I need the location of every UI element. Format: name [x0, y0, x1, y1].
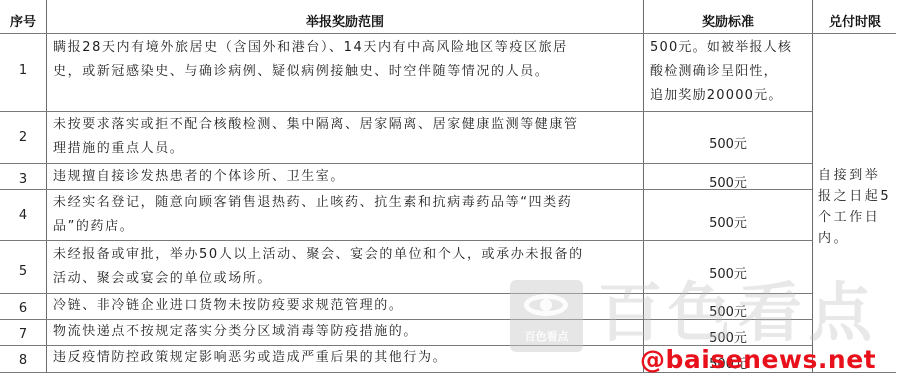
- eye-pupil-icon: [540, 299, 552, 311]
- row-line-4: [0, 240, 812, 241]
- header-award: 奖励标准: [644, 14, 812, 32]
- row-award: 500元。如被举报人核 酸检测确诊呈阳性， 追加奖励20000元。: [650, 36, 808, 108]
- scope-line: 理措施的重点人员。: [53, 137, 641, 161]
- row-index: 4: [0, 208, 46, 223]
- scope-line: 史，或新冠感染史、与确诊病例、疑似病例接触史、时空伴随等情况的人员。: [53, 60, 641, 84]
- row-scope: 违规擅自接诊发热患者的个体诊所、卫生室。: [53, 165, 641, 189]
- row-index: 3: [0, 172, 46, 187]
- watermark-logo: 百色看点: [510, 280, 583, 352]
- row-line-1: [0, 111, 812, 112]
- deadline-line: 内。: [818, 228, 896, 249]
- watermark-logo-label: 百色看点: [510, 328, 583, 344]
- scope-line: 未经实名登记，随意向顾客销售退热药、止咳药、抗生素和抗病毒药品等“四类药: [53, 191, 641, 215]
- watermark-big-text: 百色看点: [598, 276, 878, 352]
- award-line: 500元。如被举报人核: [650, 36, 808, 60]
- scope-line: 品”的药店。: [53, 215, 641, 239]
- scope-line: 未按要求落实或拒不配合核酸检测、集中隔离、居家隔离、居家健康监测等健康管: [53, 113, 641, 137]
- row-scope: 瞒报28天内有境外旅居史（含国外和港台）、14天内有中高风险地区等疫区旅居 史，…: [53, 36, 641, 84]
- watermark-site-text: @baisenews.net: [640, 346, 876, 374]
- award-line: 追加奖励20000元。: [650, 84, 808, 108]
- row-award: 500元: [644, 133, 812, 152]
- award-line: 酸检测确诊呈阳性，: [650, 60, 808, 84]
- scope-line: 瞒报28天内有境外旅居史（含国外和港台）、14天内有中高风险地区等疫区旅居: [53, 36, 641, 60]
- header-deadline: 兑付时限: [813, 14, 897, 32]
- header-bottom-line: [0, 33, 896, 34]
- row-index: 7: [0, 327, 46, 342]
- row-index: 2: [0, 130, 46, 145]
- row-award: 500元: [644, 212, 812, 231]
- row-index: 1: [0, 63, 46, 78]
- row-scope: 未经实名登记，随意向顾客销售退热药、止咳药、抗生素和抗病毒药品等“四类药 品”的…: [53, 191, 641, 239]
- row-award: 500元: [644, 172, 812, 191]
- row-index: 5: [0, 264, 46, 279]
- header-scope: 举报奖励范围: [47, 14, 643, 32]
- row-line-2: [0, 163, 812, 164]
- scope-line: 未经报备或审批，举办50人以上活动、聚会、宴会的单位和个人，或承办未报备的: [53, 243, 641, 267]
- row-scope: 未按要求落实或拒不配合核酸检测、集中隔离、居家隔离、居家健康监测等健康管 理措施…: [53, 113, 641, 161]
- row-index: 8: [0, 353, 46, 368]
- deadline-line: 自接到举: [818, 165, 896, 186]
- header-index: 序号: [0, 14, 46, 32]
- deadline-cell: 自接到举 报之日起5 个工作日 内。: [818, 165, 896, 249]
- deadline-line: 报之日起5: [818, 186, 896, 207]
- col-divider-1: [46, 0, 47, 372]
- row-index: 6: [0, 301, 46, 316]
- deadline-line: 个工作日: [818, 207, 896, 228]
- scope-line: 违规擅自接诊发热患者的个体诊所、卫生室。: [53, 165, 641, 189]
